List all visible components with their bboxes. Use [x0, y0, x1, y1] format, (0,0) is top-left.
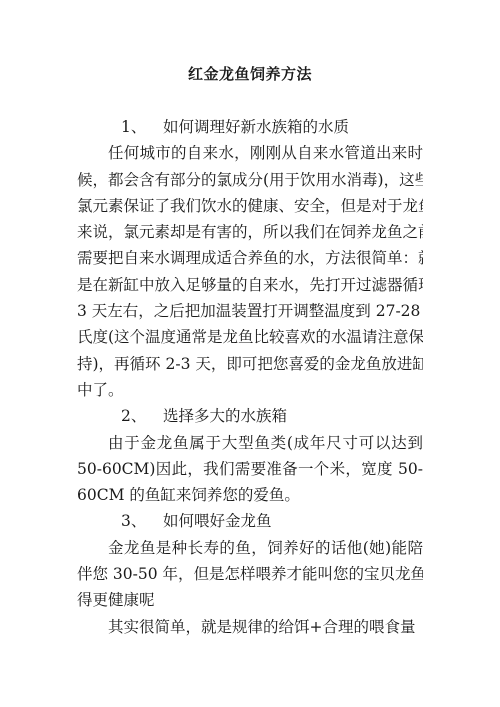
paragraph-line: 伴您 30-50 年，但是怎样喂养才能叫您的宝贝龙鱼活	[77, 561, 423, 587]
section-heading-text: 如何调理好新水族箱的水质	[163, 118, 349, 136]
paragraph-line: 持)，再循环 2-3 天，即可把您喜爱的金龙鱼放进缸	[77, 351, 423, 377]
paragraph-line: 50-60CM)因此，我们需要准备一个米，宽度 50-	[77, 456, 423, 482]
paragraph-line: 60CM 的鱼缸来饲养您的爱鱼。	[77, 482, 423, 508]
paragraph-line: 任何城市的自来水，刚刚从自来水管道出来时	[77, 140, 423, 166]
paragraph-line: 氯元素保证了我们饮水的健康、安全，但是对于龙鱼	[77, 193, 423, 219]
paragraph-line: 得更健康呢	[77, 587, 423, 613]
paragraph-line: 需要把自来水调理成适合养鱼的水，方法很简单：就	[77, 245, 423, 271]
paragraph-line: 由于金龙鱼属于大型鱼类(成年尺寸可以达到	[77, 430, 423, 456]
paragraph-line: 候，都会含有部分的氯成分(用于饮用水消毒)，这些	[77, 167, 423, 193]
paragraph-line: 3 天左右，之后把加温装置打开调整温度到 27-28 摄	[77, 298, 423, 324]
section-number: 1、	[121, 114, 163, 140]
paragraph-line: 是在新缸中放入足够量的自来水，先打开过滤器循环	[77, 272, 423, 298]
section-heading-3: 3、如何喂好金龙鱼	[77, 508, 423, 534]
paragraph-line: 氏度(这个温度通常是龙鱼比较喜欢的水温请注意保	[77, 324, 423, 350]
paragraph-line: 其实很简单，就是规律的给饵+合理的喂食量	[77, 614, 423, 640]
paragraph-line: 金龙鱼是种长寿的鱼，饲养好的话他(她)能陪	[77, 535, 423, 561]
paragraph-line: 中了。	[77, 377, 423, 403]
section-heading-text: 如何喂好金龙鱼	[163, 512, 272, 530]
section-heading-1: 1、如何调理好新水族箱的水质	[77, 114, 423, 140]
paragraph-line: 来说，氯元素却是有害的，所以我们在饲养龙鱼之前	[77, 219, 423, 245]
section-number: 2、	[121, 403, 163, 429]
document-body: 1、如何调理好新水族箱的水质 任何城市的自来水，刚刚从自来水管道出来时 候，都会…	[77, 114, 423, 640]
section-number: 3、	[121, 508, 163, 534]
section-heading-2: 2、选择多大的水族箱	[77, 403, 423, 429]
document-title: 红金龙鱼饲养方法	[77, 63, 423, 84]
section-heading-text: 选择多大的水族箱	[163, 407, 287, 425]
